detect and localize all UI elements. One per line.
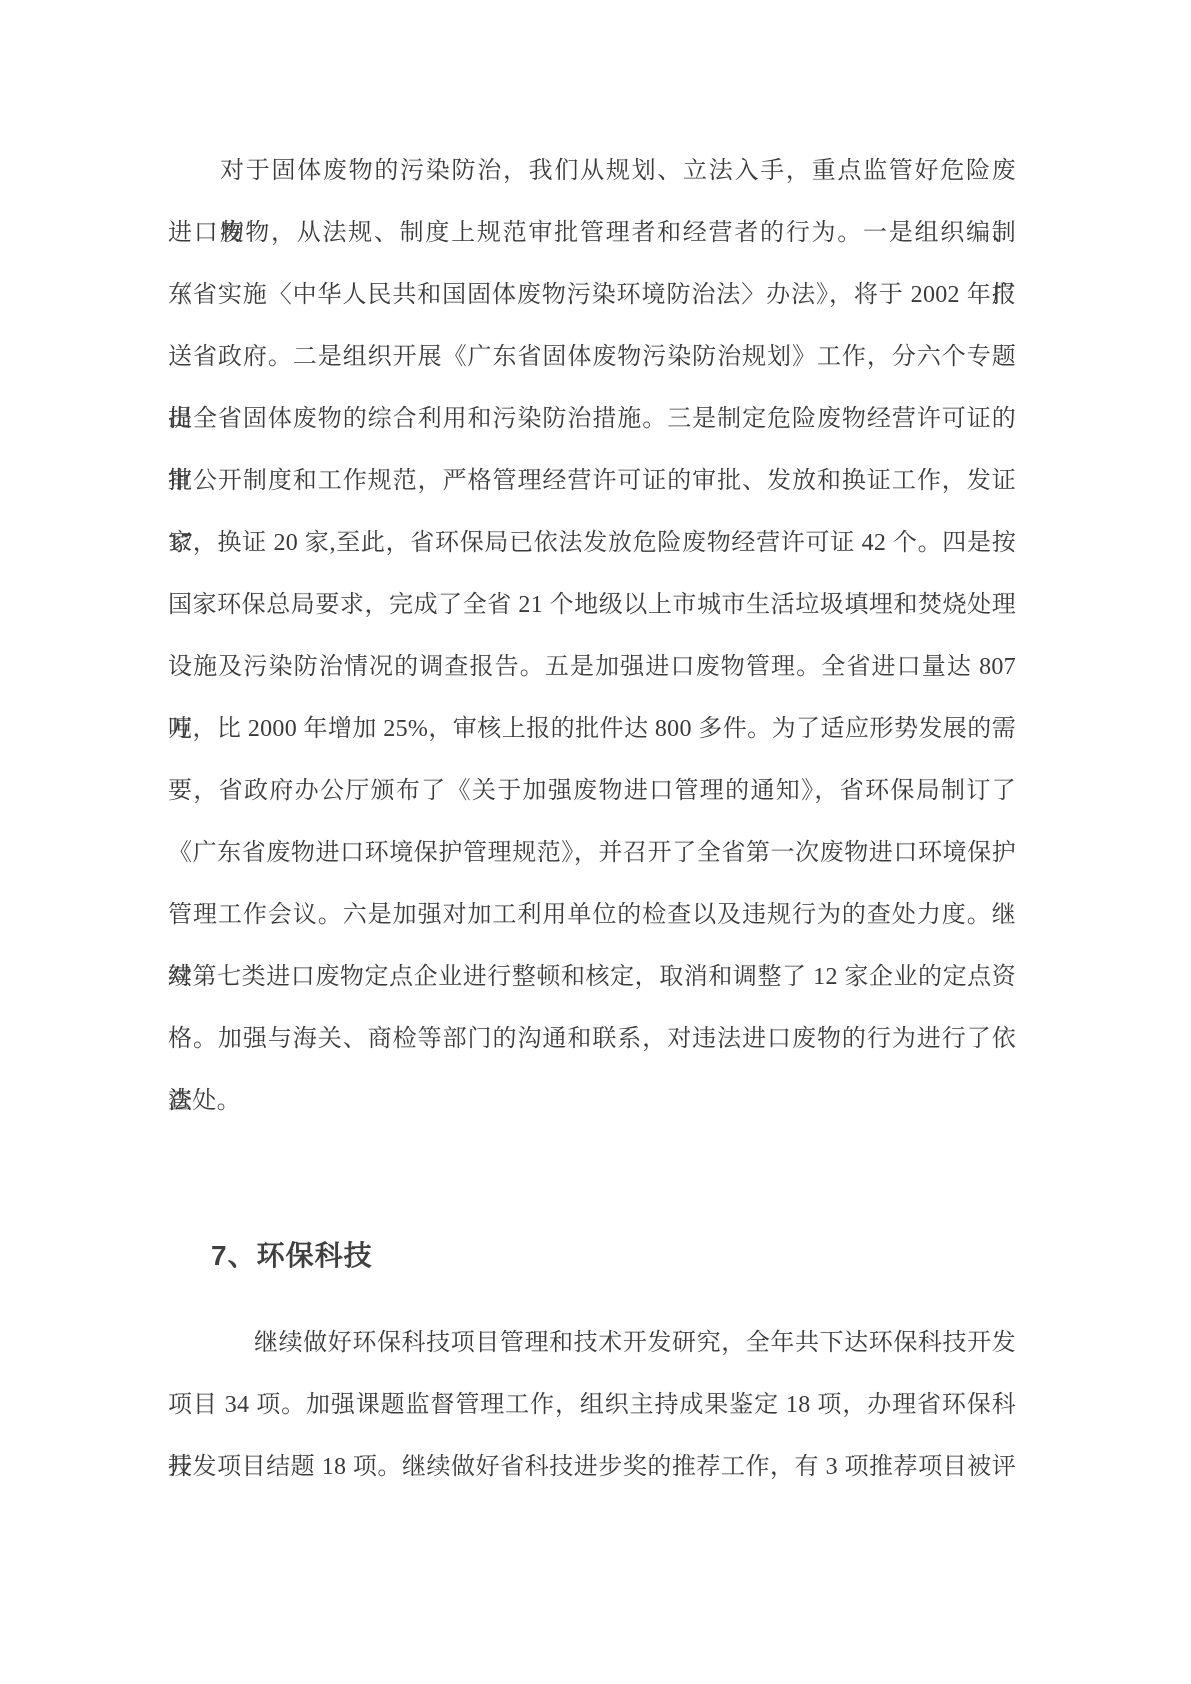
text-line: 进口废物，从法规、制度上规范审批管理者和经营者的行为。一是组织编制《广	[168, 202, 1016, 264]
text-line: 设施及污染防治情况的调查报告。五是加强进口废物管理。全省进口量达 807 万	[168, 636, 1016, 698]
text-line: 继续做好环保科技项目管理和技术开发研究，全年共下达环保科技开发	[168, 1312, 1016, 1374]
text-line: 家，换证 20 家,至此，省环保局已依法发放危险废物经营许可证 42 个。四是按	[168, 512, 1016, 574]
text-line: 格。加强与海关、商检等部门的沟通和联系，对违法进口废物的行为进行了依法	[168, 1008, 1016, 1070]
text-line: 批公开制度和工作规范，严格管理经营许可证的审批、发放和换证工作，发证 17	[168, 450, 1016, 512]
text-line: 《广东省废物进口环境保护管理规范》，并召开了全省第一次废物进口环境保护	[168, 822, 1016, 884]
text-line: 开发项目结题 18 项。继续做好省科技进步奖的推荐工作，有 3 项推荐项目被评	[168, 1436, 1016, 1498]
paragraph-solid-waste: 对于固体废物的污染防治，我们从规划、立法入手，重点监管好危险废物、 进口废物，从…	[168, 140, 1016, 1132]
text-line: 管理工作会议。六是加强对加工利用单位的检查以及违规行为的查处力度。继续	[168, 884, 1016, 946]
text-line: 查处。	[168, 1070, 1016, 1132]
text-line: 对于固体废物的污染防治，我们从规划、立法入手，重点监管好危险废物、	[168, 140, 1016, 202]
text-line: 国家环保总局要求，完成了全省 21 个地级以上市城市生活垃圾填埋和焚烧处理	[168, 574, 1016, 636]
text-line: 要，省政府办公厅颁布了《关于加强废物进口管理的通知》，省环保局制订了	[168, 760, 1016, 822]
paragraph-science-tech: 继续做好环保科技项目管理和技术开发研究，全年共下达环保科技开发 项目 34 项。…	[168, 1312, 1016, 1498]
document-page: 对于固体废物的污染防治，我们从规划、立法入手，重点监管好危险废物、 进口废物，从…	[0, 0, 1191, 1684]
text-line: 吨，比 2000 年增加 25%，审核上报的批件达 800 多件。为了适应形势发…	[168, 698, 1016, 760]
section-heading: 7、环保科技	[211, 1234, 373, 1278]
text-line: 项目 34 项。加强课题监督管理工作，组织主持成果鉴定 18 项，办理省环保科技	[168, 1374, 1016, 1436]
text-line: 送省政府。二是组织开展《广东省固体废物污染防治规划》工作，分六个专题提	[168, 326, 1016, 388]
text-line: 对第七类进口废物定点企业进行整顿和核定，取消和调整了 12 家企业的定点资	[168, 946, 1016, 1008]
text-line: 东省实施〈中华人民共和国固体废物污染环境防治法〉办法》，将于 2002 年报	[168, 264, 1016, 326]
text-line: 出全省固体废物的综合利用和污染防治措施。三是制定危险废物经营许可证的审	[168, 388, 1016, 450]
